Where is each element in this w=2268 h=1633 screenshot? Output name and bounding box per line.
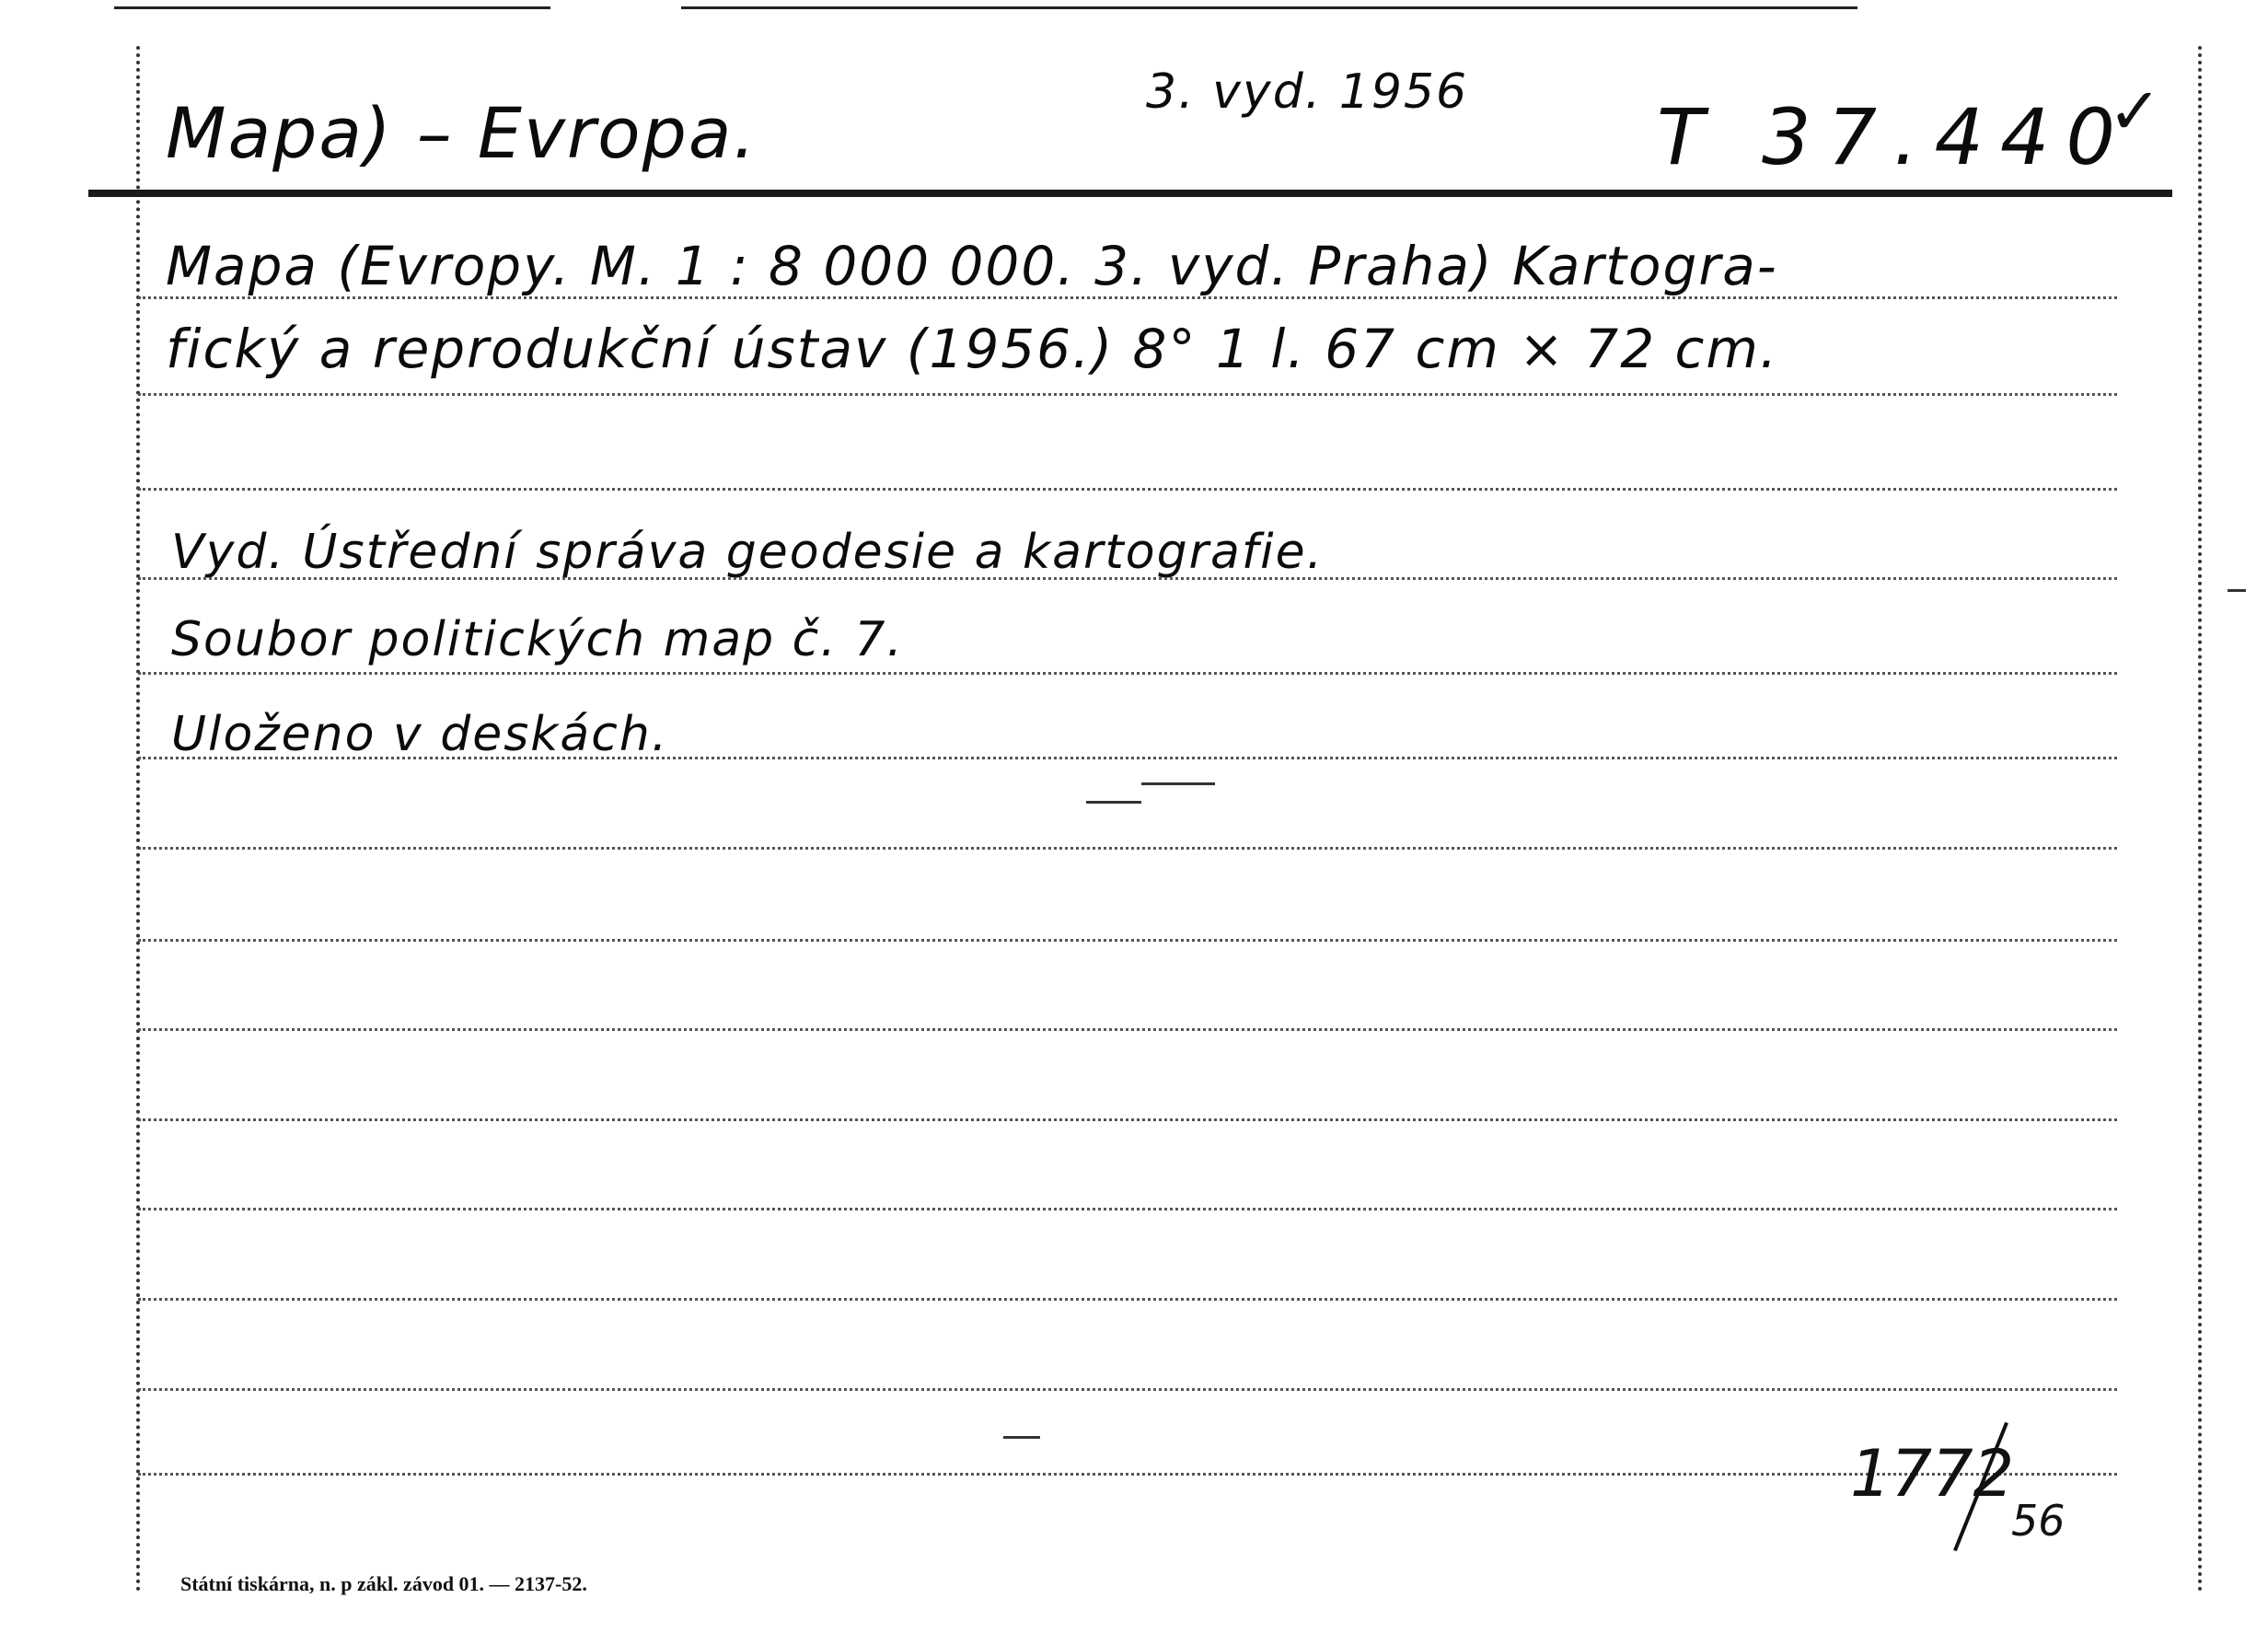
ruled-line — [138, 672, 2117, 675]
left-margin-dots — [136, 46, 140, 1592]
heading-rule — [88, 190, 2172, 197]
catalog-card: Mapa) – Evropa. 3. vyd. 1956 T 37.440 ✓ … — [0, 0, 2268, 1633]
card-heading: Mapa) – Evropa. — [166, 92, 758, 174]
note-publisher: Vyd. Ústřední správa geodesie a kartogra… — [171, 525, 1324, 580]
scan-speck — [1086, 801, 1141, 804]
ruled-line — [138, 488, 2117, 491]
ruled-line — [138, 1028, 2117, 1031]
ruled-line — [138, 757, 2117, 759]
printer-imprint: Státní tiskárna, n. p zákl. závod 01. — … — [180, 1572, 587, 1596]
scan-speck — [2227, 589, 2246, 592]
description-line-1: Mapa (Evropy. M. 1 : 8 000 000. 3. vyd. … — [166, 235, 1778, 297]
ruled-line — [138, 1298, 2117, 1301]
checkmark-icon: ✓ — [2108, 74, 2162, 149]
ruled-line — [138, 393, 2117, 396]
edition-note: 3. vyd. 1956 — [1146, 64, 1468, 120]
accession-number: 1772 — [1850, 1436, 2014, 1511]
ruled-line — [138, 1473, 2117, 1476]
ruled-line — [138, 1388, 2117, 1391]
accession-year: 56 — [2011, 1496, 2065, 1546]
right-margin-dots — [2198, 46, 2202, 1592]
ruled-line — [138, 847, 2117, 850]
card-top-edge-left — [114, 6, 550, 9]
ruled-line — [138, 577, 2117, 580]
note-series: Soubor politických map č. 7. — [171, 612, 904, 667]
call-number: T 37.440 — [1657, 92, 2132, 182]
scan-speck — [1141, 782, 1215, 785]
description-line-2: fický a reprodukční ústav (1956.) 8° 1 l… — [166, 318, 1778, 380]
note-storage: Uloženo v deskách. — [171, 707, 668, 762]
ruled-line — [138, 939, 2117, 942]
card-top-edge-right — [681, 6, 1857, 9]
scan-speck — [1003, 1436, 1040, 1439]
ruled-line — [138, 296, 2117, 299]
ruled-line — [138, 1208, 2117, 1210]
ruled-line — [138, 1118, 2117, 1121]
